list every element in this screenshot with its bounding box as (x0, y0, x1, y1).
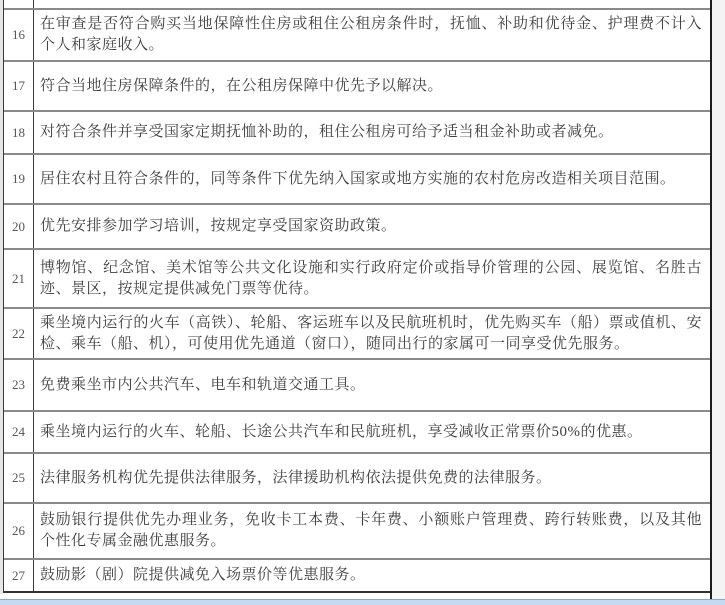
row-text: 乘坐境内运行的火车、轮船、长途公共汽车和民航班机，享受减收正常票价50%的优惠。 (40, 422, 702, 443)
table-row: 19 居住农村且符合条件的，同等条件下优先纳入国家或地方实施的农村危房改造相关项… (4, 153, 710, 203)
row-text: 在审查是否符合购买当地保障性住房或租住公租房条件时，抚恤、补助和优待金、护理费不… (40, 14, 702, 56)
table-row: 18 对符合条件并享受国家定期抚恤补助的，租住公租房可给予适当租金补助或者减免。 (4, 110, 710, 153)
table-row: 22 乘坐境内运行的火车（高铁）、轮船、客运班车以及民航班机时，优先购买车（船）… (4, 307, 710, 358)
table-row: 16 在审查是否符合购买当地保障性住房或租住公租房条件时，抚恤、补助和优待金、护… (4, 8, 710, 60)
window-right-edge (710, 0, 712, 605)
row-text: 居住农村且符合条件的，同等条件下优先纳入国家或地方实施的农村危房改造相关项目范围… (40, 169, 702, 190)
row-text-cell: 乘坐境内运行的火车（高铁）、轮船、客运班车以及民航班机时，优先购买车（船）票或值… (34, 309, 710, 358)
row-number: 27 (4, 560, 34, 591)
row-text: 法律服务机构优先提供法律服务，法律援助机构依法提供免费的法律服务。 (40, 468, 702, 489)
row-number: 17 (4, 62, 34, 110)
page-right-margin (712, 0, 725, 605)
row-number: 20 (4, 205, 34, 248)
row-text-cell: 居住农村且符合条件的，同等条件下优先纳入国家或地方实施的农村危房改造相关项目范围… (34, 155, 710, 203)
row-number: 26 (4, 504, 34, 558)
row-number: 22 (4, 309, 34, 358)
row-text: 博物馆、纪念馆、美术馆等公共文化设施和实行政府定价或指导价管理的公园、展览馆、名… (40, 258, 702, 300)
row-text: 乘坐境内运行的火车（高铁）、轮船、客运班车以及民航班机时，优先购买车（船）票或值… (40, 313, 702, 355)
row-text-cell: 鼓励银行提供优先办理业务，免收卡工本费、卡年费、小额账户管理费、跨行转账费，以及… (34, 504, 710, 558)
document-page: 16 在审查是否符合购买当地保障性住房或租住公租房条件时，抚恤、补助和优待金、护… (0, 0, 725, 605)
row-text: 免费乘坐市内公共汽车、电车和轨道交通工具。 (40, 375, 702, 396)
bottom-strip (0, 599, 725, 605)
row-text-cell: 免费乘坐市内公共汽车、电车和轨道交通工具。 (34, 360, 710, 410)
table-row: 25 法律服务机构优先提供法律服务，法律援助机构依法提供免费的法律服务。 (4, 452, 710, 502)
row-number: 23 (4, 360, 34, 410)
row-number-cell (4, 0, 34, 8)
row-text-cell (34, 0, 710, 8)
row-text-cell: 符合当地住房保障条件的，在公租房保障中优先予以解决。 (34, 62, 710, 110)
row-text-cell: 法律服务机构优先提供法律服务，法律援助机构依法提供免费的法律服务。 (34, 454, 710, 502)
row-number: 25 (4, 454, 34, 502)
table-row: 24 乘坐境内运行的火车、轮船、长途公共汽车和民航班机，享受减收正常票价50%的… (4, 410, 710, 452)
row-text-cell: 对符合条件并享受国家定期抚恤补助的，租住公租房可给予适当租金补助或者减免。 (34, 112, 710, 153)
benefits-table: 16 在审查是否符合购买当地保障性住房或租住公租房条件时，抚恤、补助和优待金、护… (3, 0, 710, 593)
table-row-partial (4, 0, 710, 8)
row-text-cell: 在审查是否符合购买当地保障性住房或租住公租房条件时，抚恤、补助和优待金、护理费不… (34, 10, 710, 60)
row-text: 鼓励影（剧）院提供减免入场票价等优惠服务。 (40, 565, 702, 586)
table-row: 17 符合当地住房保障条件的，在公租房保障中优先予以解决。 (4, 60, 710, 110)
table-row: 26 鼓励银行提供优先办理业务，免收卡工本费、卡年费、小额账户管理费、跨行转账费… (4, 502, 710, 558)
table-row: 21 博物馆、纪念馆、美术馆等公共文化设施和实行政府定价或指导价管理的公园、展览… (4, 248, 710, 307)
row-text-cell: 优先安排参加学习培训，按规定享受国家资助政策。 (34, 205, 710, 248)
table-row: 20 优先安排参加学习培训，按规定享受国家资助政策。 (4, 203, 710, 248)
row-text-cell: 鼓励影（剧）院提供减免入场票价等优惠服务。 (34, 560, 710, 591)
table-row: 23 免费乘坐市内公共汽车、电车和轨道交通工具。 (4, 358, 710, 410)
row-number: 18 (4, 112, 34, 153)
row-number: 19 (4, 155, 34, 203)
row-number: 24 (4, 412, 34, 452)
row-text: 对符合条件并享受国家定期抚恤补助的，租住公租房可给予适当租金补助或者减免。 (40, 122, 702, 143)
table-row: 27 鼓励影（剧）院提供减免入场票价等优惠服务。 (4, 558, 710, 593)
row-number: 16 (4, 10, 34, 60)
row-text-cell: 博物馆、纪念馆、美术馆等公共文化设施和实行政府定价或指导价管理的公园、展览馆、名… (34, 250, 710, 307)
row-text: 符合当地住房保障条件的，在公租房保障中优先予以解决。 (40, 76, 702, 97)
row-text: 优先安排参加学习培训，按规定享受国家资助政策。 (40, 216, 702, 237)
row-number: 21 (4, 250, 34, 307)
row-text-cell: 乘坐境内运行的火车、轮船、长途公共汽车和民航班机，享受减收正常票价50%的优惠。 (34, 412, 710, 452)
row-text: 鼓励银行提供优先办理业务，免收卡工本费、卡年费、小额账户管理费、跨行转账费，以及… (40, 510, 702, 552)
